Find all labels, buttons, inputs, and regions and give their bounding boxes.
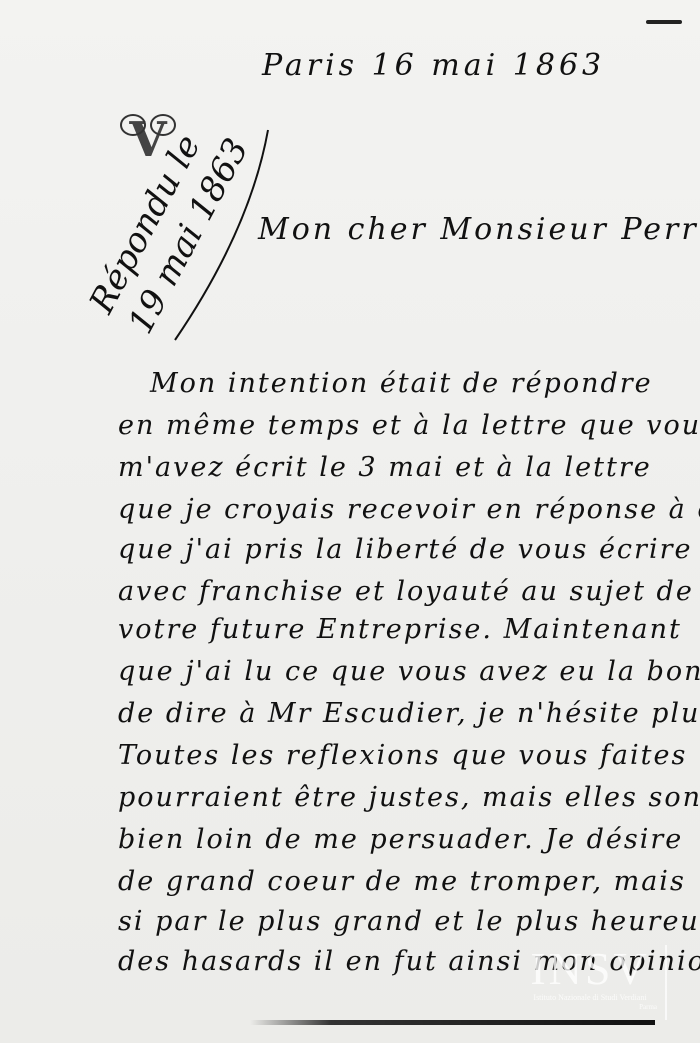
letter-page: V Paris 16 mai 1863 Répondu le 19 mai 18… (0, 0, 700, 1043)
letter-body-line: votre future Entreprise. Maintenant (118, 614, 682, 645)
bottom-edge-rule (250, 1020, 655, 1025)
letter-body-line: que j'ai lu ce que vous avez eu la bonté (118, 656, 700, 687)
letter-body-line: Toutes les reflexions que vous faites (118, 740, 687, 771)
watermark-institution: Istituto Nazionale di Studi Verdiani (515, 993, 665, 1003)
salutation: Mon cher Monsieur Perrin (258, 212, 700, 247)
letter-body-line: de grand coeur de me tromper, mais (118, 866, 686, 897)
letter-body-line: si par le plus grand et le plus heureux (118, 906, 700, 937)
letter-body-line: en même temps et à la lettre que vous (118, 410, 700, 441)
letter-body-line: pourraient être justes, mais elles sont (118, 782, 700, 813)
letter-body-line: bien loin de me persuader. Je désire (118, 824, 683, 855)
letter-body-line: m'avez écrit le 3 mai et à la lettre (118, 452, 652, 483)
watermark-city: Parma (515, 1003, 665, 1011)
letter-body-line: de dire à Mr Escudier, je n'hésite plus. (118, 698, 700, 729)
letter-body-line: que je croyais recevoir en réponse à cel… (118, 494, 700, 525)
letter-body-line: Mon intention était de répondre (150, 368, 653, 399)
archive-watermark: INSV Istituto Nazionale di Studi Verdian… (515, 945, 667, 1020)
watermark-logo: INSV (515, 945, 665, 993)
letter-body-line: que j'ai pris la liberté de vous écrire (118, 534, 692, 565)
letter-body-line: avec franchise et loyauté au sujet de (118, 576, 694, 607)
